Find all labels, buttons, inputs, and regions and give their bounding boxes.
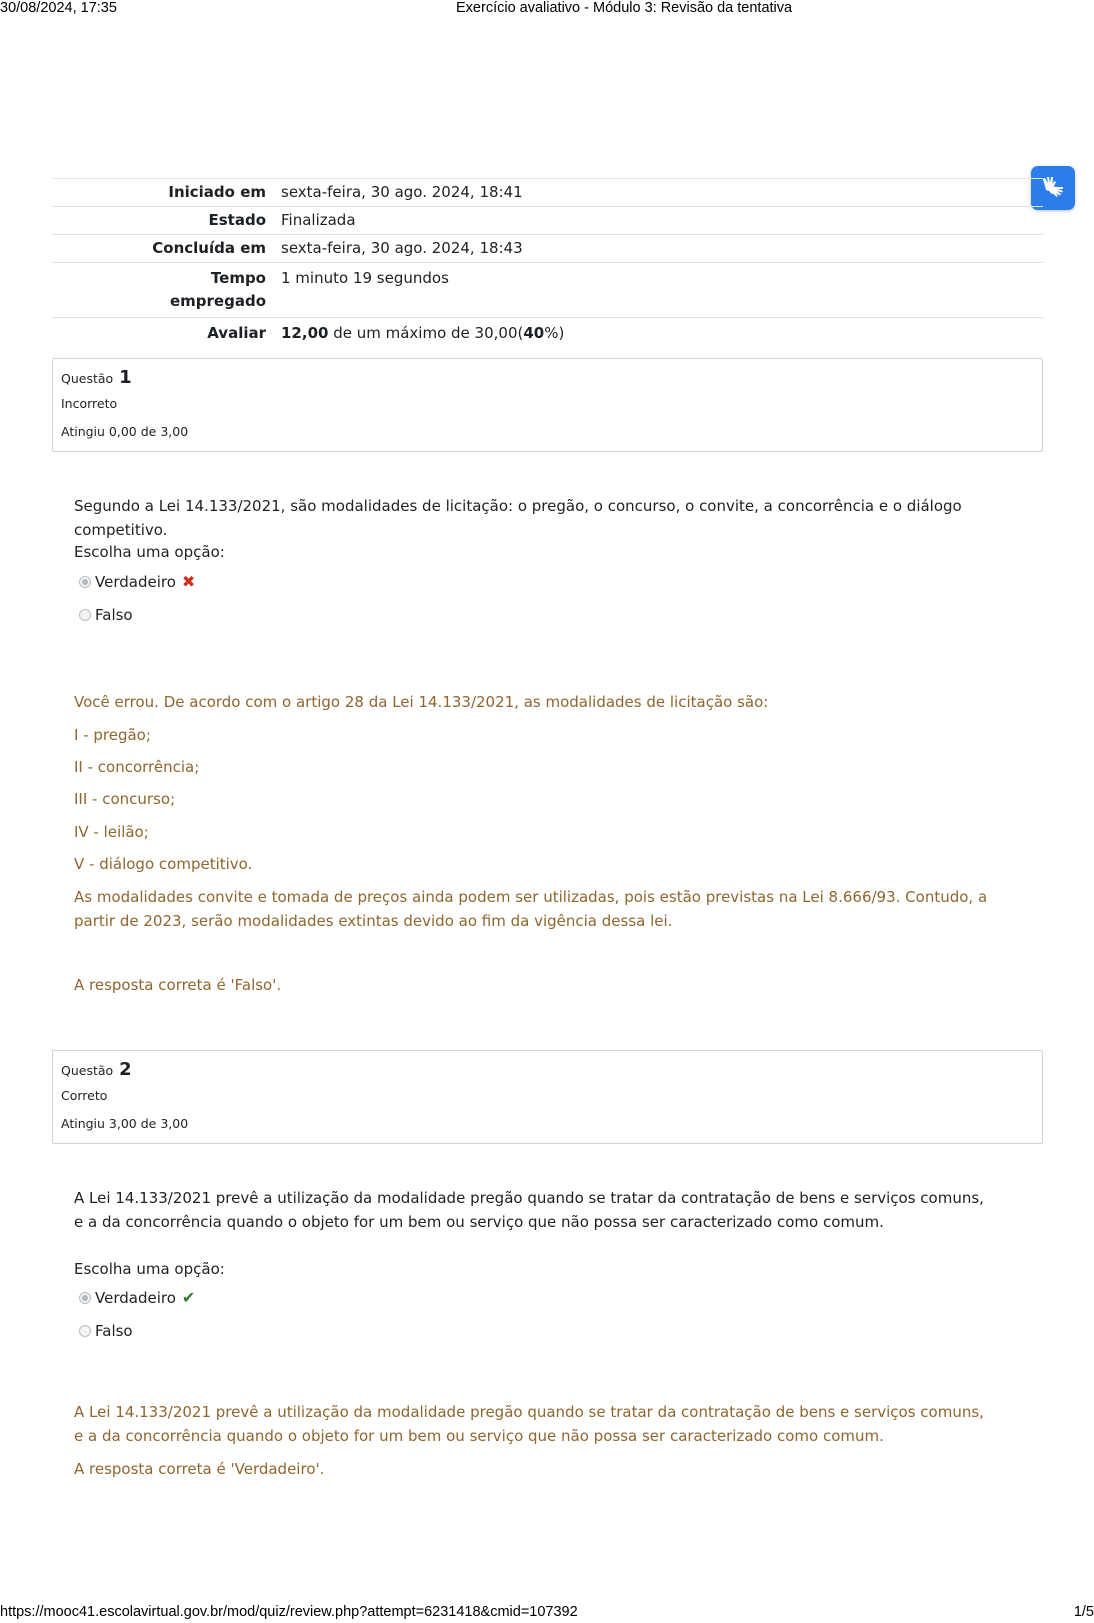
question-1-feedback-item: V - diálogo competitivo. [74, 852, 994, 876]
radio-button[interactable] [79, 576, 91, 588]
question-state: Incorreto [61, 396, 117, 411]
question-1-text: Segundo a Lei 14.133/2021, são modalidad… [74, 494, 994, 542]
print-footer: https://mooc41.escolavirtual.gov.br/mod/… [0, 1604, 1094, 1622]
radio-button[interactable] [79, 1325, 91, 1337]
question-1-right-answer: A resposta correta é 'Falso'. [74, 973, 994, 997]
question-grade: Atingiu 0,00 de 3,00 [61, 424, 188, 439]
question-1-feedback-item: I - pregão; [74, 723, 994, 747]
summary-value: Finalizada [281, 207, 1043, 235]
question-number-value: 2 [119, 1059, 132, 1080]
question-grade: Atingiu 3,00 de 3,00 [61, 1116, 188, 1131]
option-label: Verdadeiro [95, 573, 176, 591]
question-2-option-false[interactable]: Falso [79, 1322, 133, 1340]
summary-label: Iniciado em [52, 179, 281, 207]
question-number: Questão 2 [61, 1059, 132, 1080]
radio-button[interactable] [79, 1292, 91, 1304]
radio-button[interactable] [79, 609, 91, 621]
incorrect-x-icon: ✖ [182, 572, 195, 591]
question-1-option-false[interactable]: Falso [79, 606, 133, 624]
question-2-info: Questão 2 Correto Atingiu 3,00 de 3,00 [52, 1050, 1043, 1144]
question-1-prompt: Escolha uma opção: [74, 543, 225, 561]
question-1-option-true[interactable]: Verdadeiro ✖ [79, 572, 195, 591]
summary-value: sexta-feira, 30 ago. 2024, 18:41 [281, 179, 1043, 207]
print-datetime: 30/08/2024, 17:35 [0, 0, 117, 16]
question-1-feedback-item: IV - leilão; [74, 820, 994, 844]
summary-label: Concluída em [52, 235, 281, 263]
summary-row-grade: Avaliar 12,00 de um máximo de 30,00(40%) [52, 318, 1043, 350]
summary-label: Avaliar [52, 318, 281, 350]
correct-check-icon: ✔ [182, 1288, 195, 1307]
attempt-summary-table: Iniciado em sexta-feira, 30 ago. 2024, 1… [52, 178, 1043, 349]
summary-value: 1 minuto 19 segundos [281, 263, 1043, 318]
option-label: Falso [95, 606, 133, 624]
question-2-right-answer: A resposta correta é 'Verdadeiro'. [74, 1457, 994, 1481]
question-1-feedback-item: III - concurso; [74, 787, 994, 811]
print-url: https://mooc41.escolavirtual.gov.br/mod/… [0, 1604, 578, 1620]
grade-score: 12,00 [281, 324, 328, 342]
summary-row-completed: Concluída em sexta-feira, 30 ago. 2024, … [52, 235, 1043, 263]
summary-grade-value: 12,00 de um máximo de 30,00(40%) [281, 318, 1043, 350]
option-label: Falso [95, 1322, 133, 1340]
question-number: Questão 1 [61, 367, 132, 388]
option-label: Verdadeiro [95, 1289, 176, 1307]
question-label: Questão [61, 1063, 113, 1078]
question-1-info: Questão 1 Incorreto Atingiu 0,00 de 3,00 [52, 358, 1043, 452]
question-1-feedback-intro: Você errou. De acordo com o artigo 28 da… [74, 690, 994, 714]
grade-suffix: %) [544, 324, 564, 342]
print-header: 30/08/2024, 17:35 Exercício avaliativo -… [0, 0, 1094, 18]
grade-middle: de um máximo de 30,00( [328, 324, 523, 342]
question-2-text: A Lei 14.133/2021 prevê a utilização da … [74, 1186, 994, 1234]
summary-label: Estado [52, 207, 281, 235]
question-1-feedback-item: II - concorrência; [74, 755, 994, 779]
question-2-option-true[interactable]: Verdadeiro ✔ [79, 1288, 195, 1307]
summary-row-state: Estado Finalizada [52, 207, 1043, 235]
print-page-title: Exercício avaliativo - Módulo 3: Revisão… [456, 0, 792, 16]
summary-row-time-taken: Tempo empregado 1 minuto 19 segundos [52, 263, 1043, 318]
print-page-number: 1/5 [1074, 1604, 1094, 1620]
grade-percent: 40 [523, 324, 544, 342]
question-state: Correto [61, 1088, 107, 1103]
summary-value: sexta-feira, 30 ago. 2024, 18:43 [281, 235, 1043, 263]
question-number-value: 1 [119, 367, 132, 388]
question-2-prompt: Escolha uma opção: [74, 1260, 225, 1278]
summary-row-started: Iniciado em sexta-feira, 30 ago. 2024, 1… [52, 179, 1043, 207]
summary-label: Tempo empregado [52, 263, 281, 318]
question-label: Questão [61, 371, 113, 386]
question-1-feedback-note: As modalidades convite e tomada de preço… [74, 885, 994, 933]
question-2-feedback: A Lei 14.133/2021 prevê a utilização da … [74, 1400, 994, 1448]
